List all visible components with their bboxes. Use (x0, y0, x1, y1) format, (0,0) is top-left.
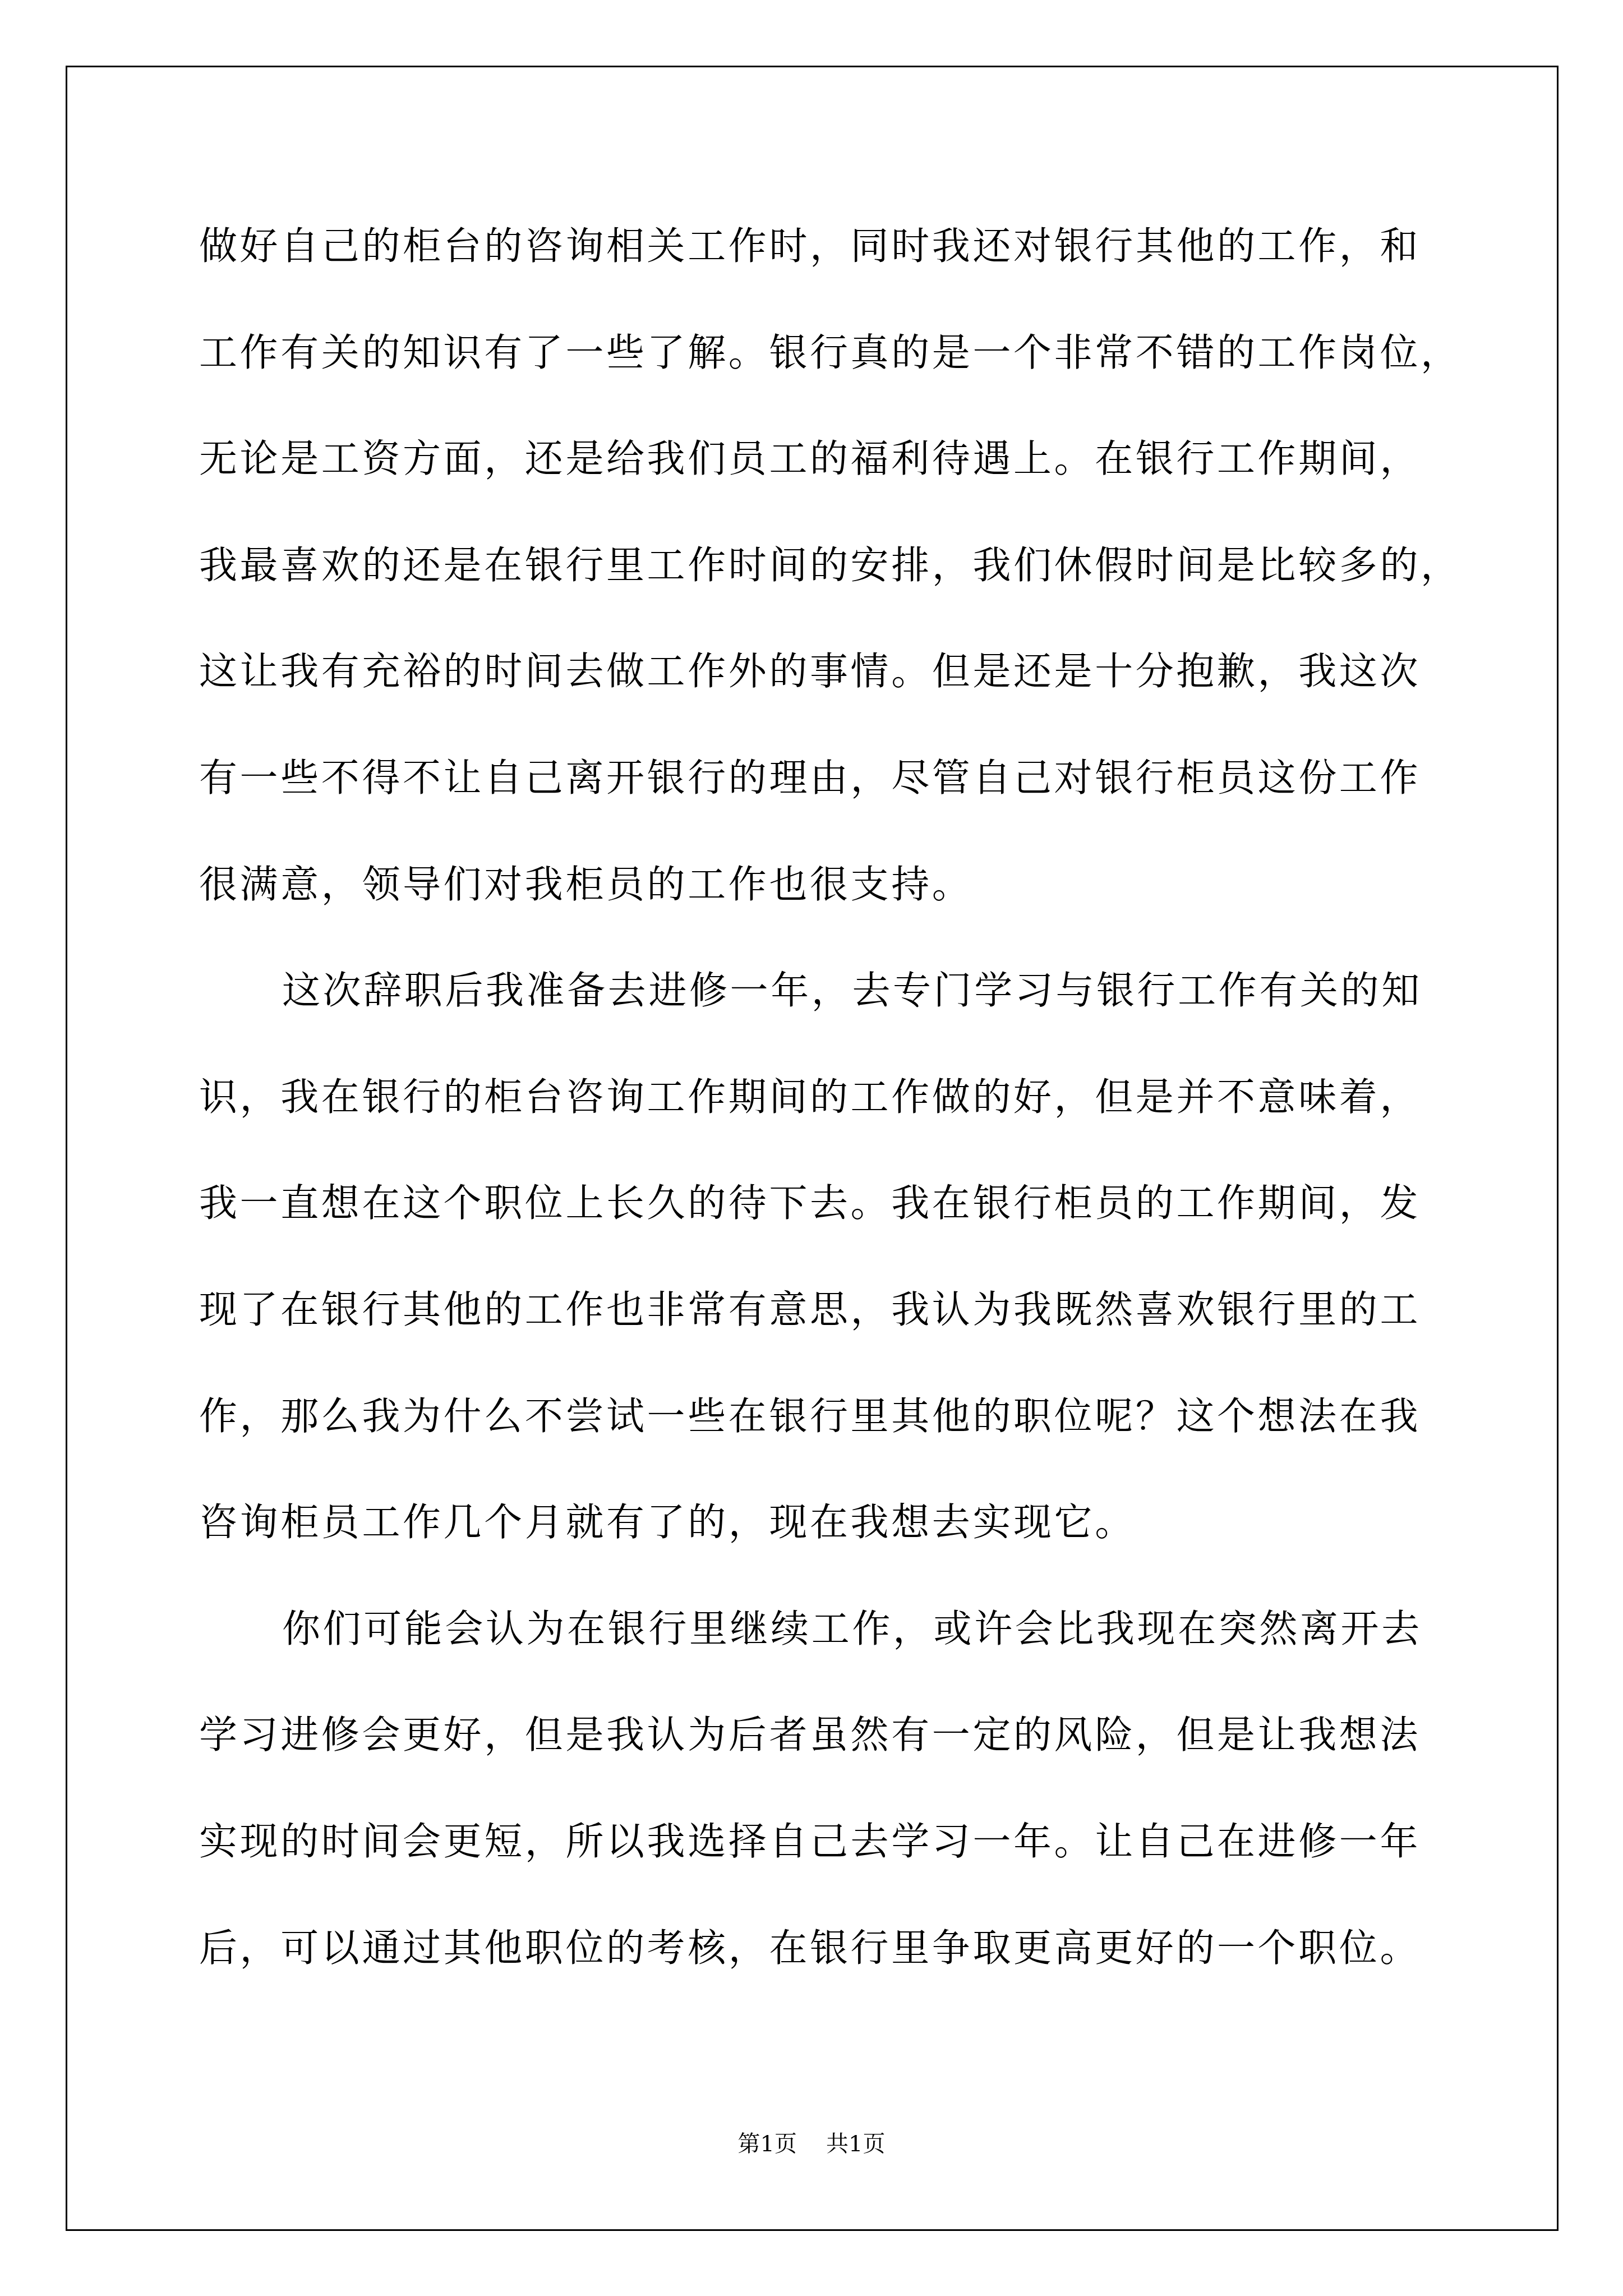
page-footer: 第1页共1页 (0, 2129, 1623, 2159)
text-line: 工作有关的知识有了一些了解。银行真的是一个非常不错的工作岗位， (199, 331, 1461, 376)
paragraph-start-line: 你们可能会认为在银行里继续工作，或许会比我现在突然离开去 (282, 1607, 1422, 1652)
text-line: 实现的时间会更短，所以我选择自己去学习一年。让自己在进修一年 (199, 1820, 1421, 1865)
total-pages-label: 共1页 (826, 2129, 885, 2159)
text-line: 后，可以通过其他职位的考核，在银行里争取更高更好的一个职位。 (199, 1926, 1421, 1971)
text-line: 咨询柜员工作几个月就有了的，现在我想去实现它。 (199, 1501, 1136, 1545)
text-line: 做好自己的柜台的咨询相关工作时，同时我还对银行其他的工作，和 (199, 224, 1421, 269)
text-line: 这让我有充裕的时间去做工作外的事情。但是还是十分抱歉，我这次 (199, 650, 1421, 694)
text-line: 现了在银行其他的工作也非常有意思，我认为我既然喜欢银行里的工 (199, 1288, 1421, 1333)
text-line: 作，那么我为什么不尝试一些在银行里其他的职位呢？这个想法在我 (199, 1395, 1421, 1439)
text-line: 学习进修会更好，但是我认为后者虽然有一定的风险，但是让我想法 (199, 1713, 1421, 1758)
text-line: 很满意，领导们对我柜员的工作也很支持。 (199, 863, 972, 908)
text-line: 无论是工资方面，还是给我们员工的福利待遇上。在银行工作期间， (199, 437, 1421, 482)
paragraph-start-line: 这次辞职后我准备去进修一年，去专门学习与银行工作有关的知 (282, 969, 1422, 1014)
text-line: 有一些不得不让自己离开银行的理由，尽管自己对银行柜员这份工作 (199, 756, 1421, 801)
text-line: 我最喜欢的还是在银行里工作时间的安排，我们休假时间是比较多的， (199, 544, 1461, 588)
text-line: 我一直想在这个职位上长久的待下去。我在银行柜员的工作期间，发 (199, 1181, 1421, 1226)
text-line: 识，我在银行的柜台咨询工作期间的工作做的好，但是并不意味着， (199, 1075, 1421, 1120)
document-body: 做好自己的柜台的咨询相关工作时，同时我还对银行其他的工作，和 工作有关的知识有了… (0, 0, 1623, 2296)
current-page-label: 第1页 (738, 2129, 797, 2159)
